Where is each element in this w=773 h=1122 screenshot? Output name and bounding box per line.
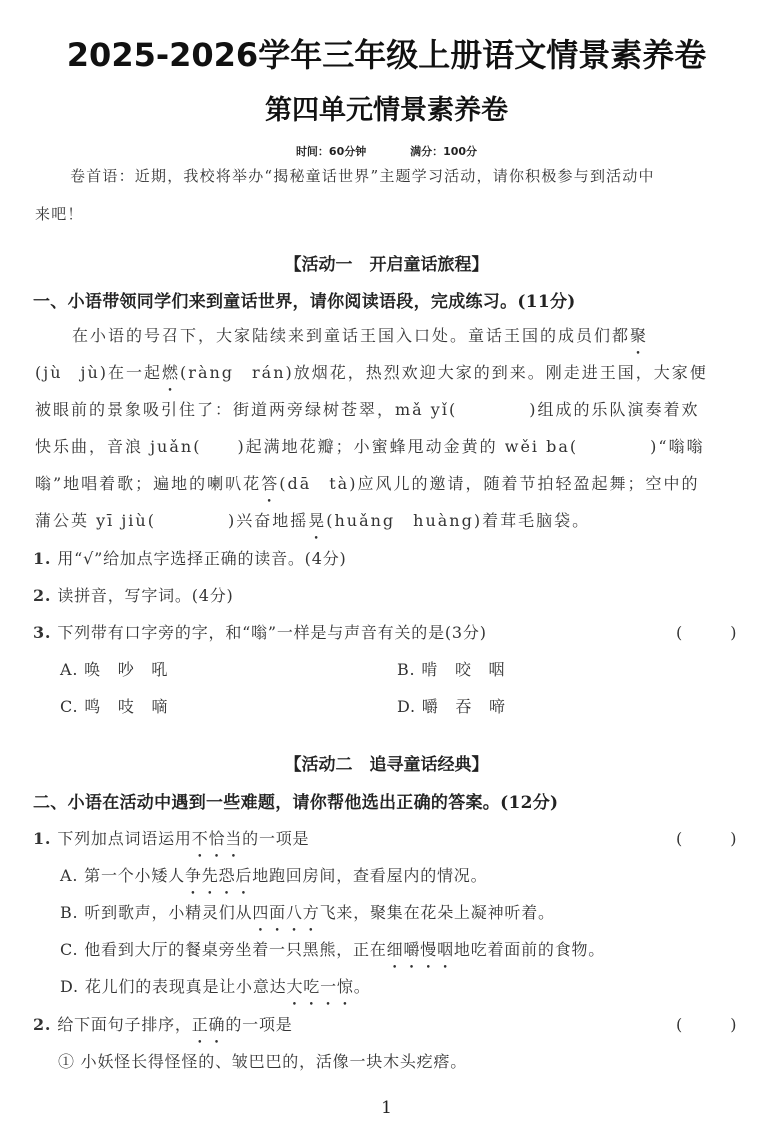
question-2-2: 2.给下面句子排序，正确的一项是 [33,1012,293,1035]
section-2-title: 二、小语在活动中遇到一些难题，请你帮他选出正确的答案。(12分) [33,788,558,813]
sentence-item: ① 小妖怪长得怪怪的、皱巴巴的，活像一块木头疙瘩。 [58,1049,467,1072]
full-score: 满分：100分 [410,145,477,158]
option-c[interactable]: C. 鸣 吱 嘀 [60,694,168,717]
exam-meta: 时间：60分钟 满分：100分 [0,143,773,159]
intro-line-2: 来吧！ [35,203,84,224]
option-a[interactable]: A. 第一个小矮人争先恐后地跑回房间，查看屋内的情况。 [60,863,487,886]
answer-blank[interactable]: ( ) [676,620,737,643]
option-d[interactable]: D. 嚼 吞 啼 [397,694,506,717]
exam-title: 2025-2026学年三年级上册语文情景素养卷 [0,30,773,76]
passage-line: 被眼前的景象吸引住了：街道两旁绿树苍翠，mǎ yǐ( )组成的乐队演奏着欢 [35,397,699,420]
page-number: 1 [0,1098,773,1118]
exam-subtitle: 第四单元情景素养卷 [0,88,773,127]
passage-line: 蒲公英 yī jiù( )兴奋地摇晃(huǎng huàng)着茸毛脑袋。 [35,508,590,531]
emphasis-char: 燃 [162,360,180,383]
passage-line: 在小语的号召下，大家陆续来到童话王国入口处。童话王国的成员们都聚 [72,323,648,346]
option-c[interactable]: C. 他看到大厅的餐桌旁坐着一只黑熊，正在细嚼慢咽地吃着面前的食物。 [60,937,605,960]
passage-line: 快乐曲，音浪 juǎn( )起满地花瓣；小蜜蜂甩动金黄的 wěi ba( )“嗡… [35,434,705,457]
emphasis-char: 答 [261,471,279,494]
time-limit: 时间：60分钟 [296,145,366,158]
question-1-3: 3.下列带有口字旁的字，和“嗡”一样是与声音有关的是(3分) [33,620,487,643]
intro-line-1: 卷首语：近期，我校将举办“揭秘童话世界”主题学习活动，请你积极参与到活动中 [70,165,655,186]
question-1-1: 1.用“√”给加点字选择正确的读音。(4分) [33,546,347,569]
section-1-title: 一、小语带领同学们来到童话世界，请你阅读语段，完成练习。(11分) [33,287,576,312]
option-a[interactable]: A. 唤 吵 吼 [60,657,168,680]
option-d[interactable]: D. 花儿们的表现真是让小意达大吃一惊。 [60,974,371,997]
question-1-2: 2.读拼音，写字词。(4分) [33,583,234,606]
activity-2-heading: 【活动二 追寻童话经典】 [0,750,773,775]
option-b[interactable]: B. 听到歌声，小精灵们从四面八方飞来，聚集在花朵上凝神听着。 [60,900,555,923]
answer-blank[interactable]: ( ) [676,1012,737,1035]
activity-1-heading: 【活动一 开启童话旅程】 [0,250,773,275]
passage-line: (jù jù)在一起燃(ràng rán)放烟花，热烈欢迎大家的到来。刚走进王国… [35,360,708,383]
emphasis-char: 聚 [630,323,648,346]
question-2-1: 1.下列加点词语运用不恰当的一项是 [33,826,309,849]
emphasis-char: 晃 [308,508,326,531]
answer-blank[interactable]: ( ) [676,826,737,849]
option-b[interactable]: B. 啃 咬 咽 [397,657,505,680]
passage-line: 嗡”地唱着歌；遍地的喇叭花答(dā tà)应风儿的邀请，随着节拍轻盈起舞；空中的 [35,471,699,494]
